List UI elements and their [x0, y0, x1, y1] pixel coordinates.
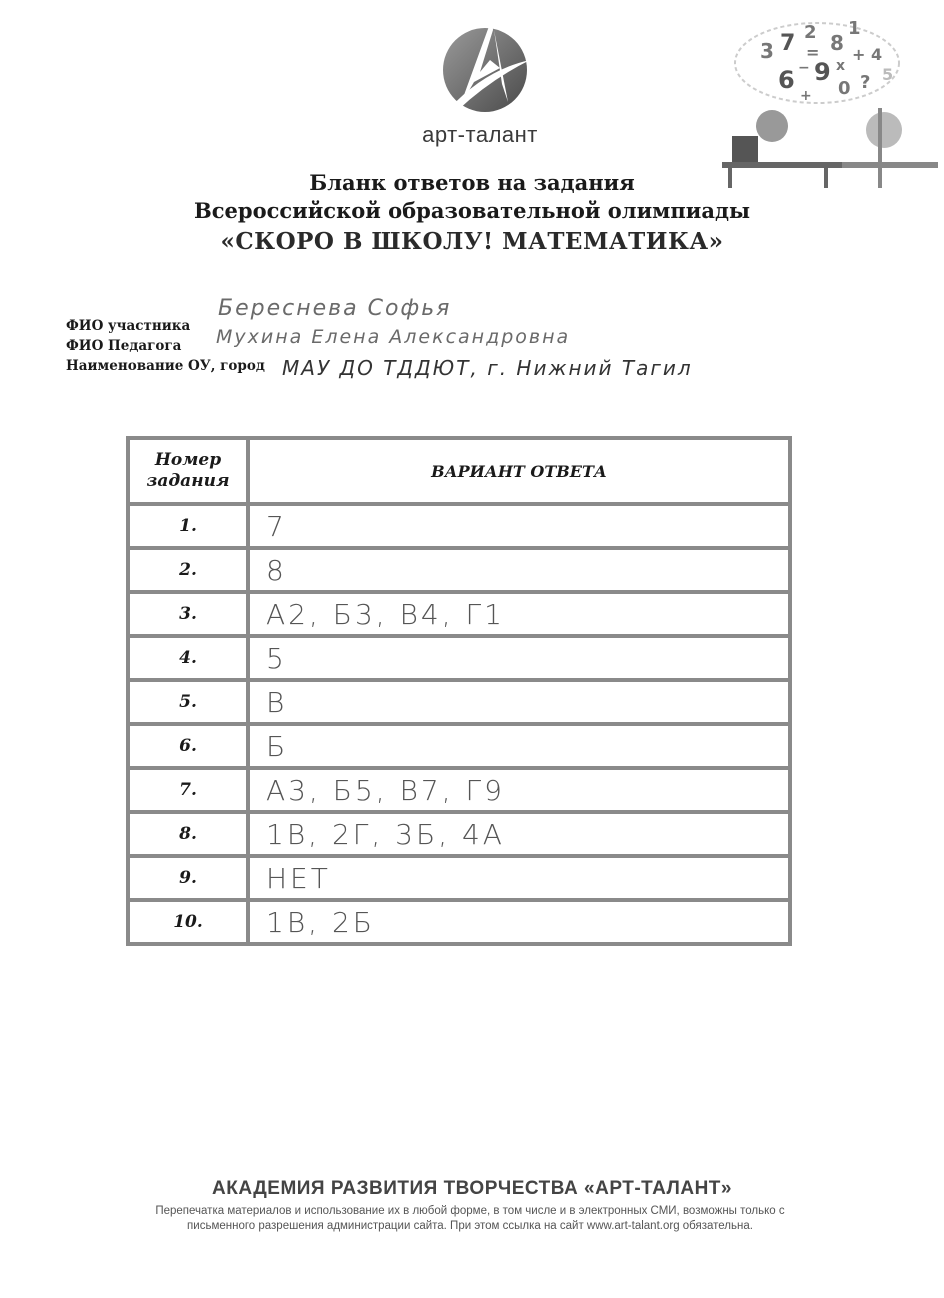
teacher-name-field[interactable]: Мухина Елена Александровна — [216, 326, 570, 348]
table-row: 2.8 — [130, 546, 788, 590]
school-label: Наименование ОУ, город — [66, 358, 265, 374]
task-number: 4. — [130, 638, 250, 678]
table-header-row: Номер задания ВАРИАНТ ОТВЕТА — [130, 440, 788, 502]
art-talant-logo-icon — [430, 10, 540, 120]
children-math-illustration-icon: 3 7 2 = 8 1 + 4 6 − 9 x + 0 ? 5 — [712, 8, 942, 188]
olympiad-title: Всероссийской образовательной олимпиады — [100, 198, 844, 223]
footer-note-line1: Перепечатка материалов и использование и… — [90, 1204, 850, 1219]
svg-text:6: 6 — [778, 66, 795, 94]
svg-text:9: 9 — [814, 58, 831, 86]
svg-text:+: + — [800, 88, 812, 104]
table-row: 9.НЕТ — [130, 854, 788, 898]
task-number: 7. — [130, 770, 250, 810]
task-number: 10. — [130, 902, 250, 942]
answer-field[interactable]: Б — [250, 726, 788, 766]
svg-text:1: 1 — [848, 18, 861, 39]
teacher-label: ФИО Педагога — [66, 338, 181, 354]
footer-note-line2: письменного разрешения администрации сай… — [90, 1219, 850, 1234]
answer-field[interactable]: 1В, 2Г, 3Б, 4А — [250, 814, 788, 854]
table-row: 5.В — [130, 678, 788, 722]
column-header-number-line1: Номер — [155, 450, 221, 471]
svg-text:+ 4: + 4 — [852, 45, 882, 64]
table-row: 1.7 — [130, 502, 788, 546]
column-header-answer: ВАРИАНТ ОТВЕТА — [250, 440, 788, 502]
table-row: 7.А3, Б5, В7, Г9 — [130, 766, 788, 810]
svg-text:?: ? — [860, 72, 870, 93]
svg-text:x: x — [836, 58, 845, 74]
table-row: 4.5 — [130, 634, 788, 678]
task-number: 5. — [130, 682, 250, 722]
table-row: 3.А2, Б3, В4, Г1 — [130, 590, 788, 634]
table-row: 8.1В, 2Г, 3Б, 4А — [130, 810, 788, 854]
answer-field[interactable]: 5 — [250, 638, 788, 678]
answer-field[interactable]: НЕТ — [250, 858, 788, 898]
footer-title: АКАДЕМИЯ РАЗВИТИЯ ТВОРЧЕСТВА «АРТ-ТАЛАНТ… — [0, 1178, 944, 1200]
brand-name: арт-талант — [390, 122, 570, 148]
task-number: 9. — [130, 858, 250, 898]
task-number: 3. — [130, 594, 250, 634]
participant-label: ФИО участника — [66, 318, 190, 334]
answer-field[interactable]: 1В, 2Б — [250, 902, 788, 942]
footer-copyright-note: Перепечатка материалов и использование и… — [90, 1204, 850, 1234]
task-number: 1. — [130, 506, 250, 546]
answer-field[interactable]: А2, Б3, В4, Г1 — [250, 594, 788, 634]
svg-text:3: 3 — [760, 39, 774, 63]
task-number: 6. — [130, 726, 250, 766]
school-name-field[interactable]: МАУ ДО ТДДЮТ, г. Нижний Тагил — [282, 356, 693, 380]
answer-field[interactable]: А3, Б5, В7, Г9 — [250, 770, 788, 810]
svg-text:−: − — [798, 60, 810, 76]
task-number: 8. — [130, 814, 250, 854]
svg-text:7: 7 — [780, 31, 795, 56]
svg-text:5: 5 — [882, 65, 893, 84]
olympiad-name: «СКОРО В ШКОЛУ! МАТЕМАТИКА» — [100, 228, 844, 255]
task-number: 2. — [130, 550, 250, 590]
svg-text:2: 2 — [804, 22, 817, 43]
answer-field[interactable]: 7 — [250, 506, 788, 546]
column-header-number: Номер задания — [130, 440, 250, 502]
answers-table: Номер задания ВАРИАНТ ОТВЕТА 1.7 2.8 3.А… — [126, 436, 792, 946]
svg-text:0: 0 — [838, 78, 851, 99]
column-header-number-line2: задания — [147, 471, 230, 492]
form-title: Бланк ответов на задания — [100, 170, 844, 195]
answer-field[interactable]: 8 — [250, 550, 788, 590]
answer-field[interactable]: В — [250, 682, 788, 722]
svg-text:8: 8 — [830, 31, 844, 55]
participant-name-field[interactable]: Береснева Софья — [218, 296, 451, 321]
table-row: 10.1В, 2Б — [130, 898, 788, 942]
table-row: 6.Б — [130, 722, 788, 766]
